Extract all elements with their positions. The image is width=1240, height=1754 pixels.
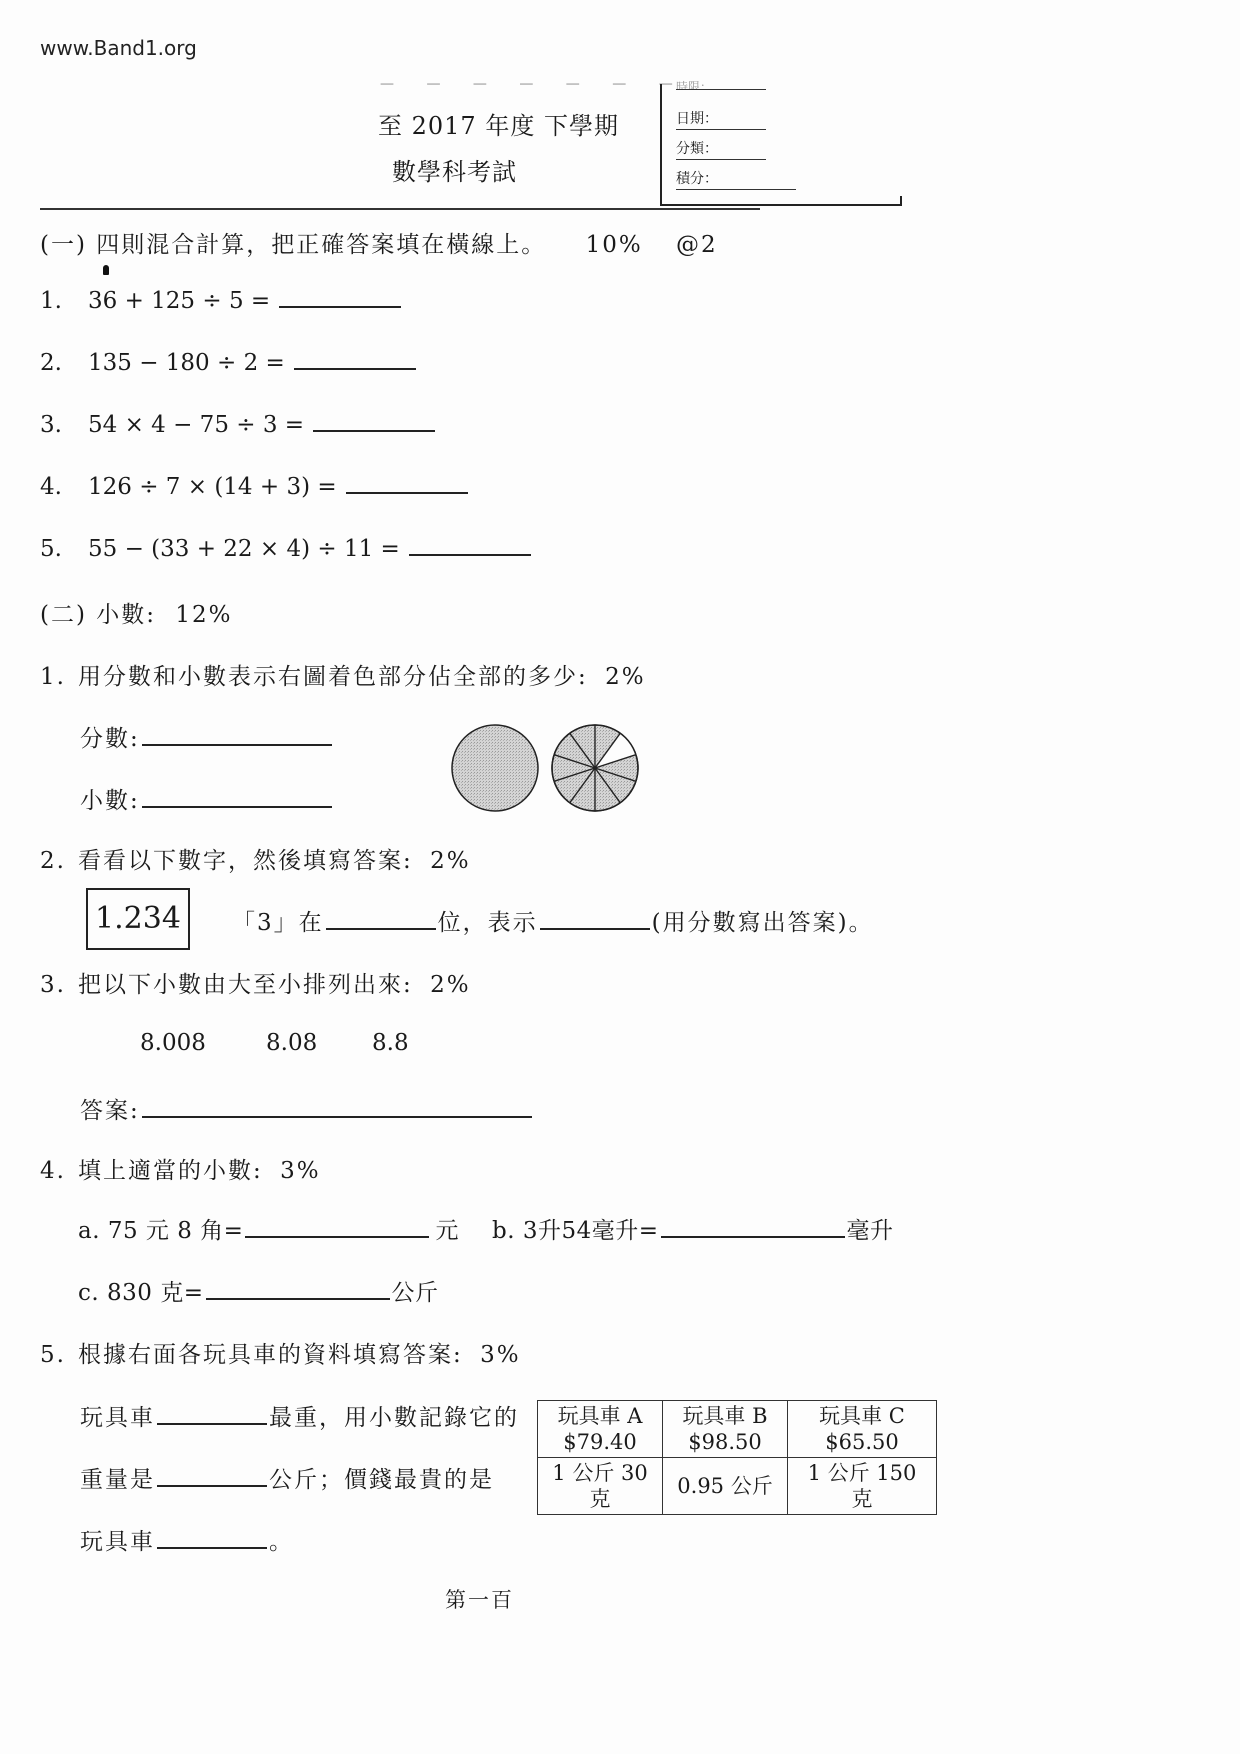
exam-title-term: 至 2017 年度 下學期: [378, 106, 619, 141]
s2-q4-prompt: 4.填上適當的小數: 3%: [40, 1152, 321, 1185]
toy-c-weight: 1 公斤 150 克: [788, 1458, 937, 1515]
toy-c-cell: 玩具車 C$65.50: [788, 1401, 937, 1458]
s1-question-3: 3.54 × 4 − 75 ÷ 3 =: [40, 412, 437, 438]
q4b-answer-blank[interactable]: [661, 1235, 845, 1238]
info-date-field[interactable]: 日期：: [676, 108, 766, 130]
s2-q3-prompt: 3.把以下小數由大至小排列出來: 2%: [40, 966, 471, 999]
s1-q1-answer-blank[interactable]: [279, 305, 401, 308]
decimal-answer-blank[interactable]: [142, 805, 332, 808]
q4a-answer-blank[interactable]: [245, 1235, 429, 1238]
s1-question-4: 4.126 ÷ 7 × (14 + 3) =: [40, 474, 470, 500]
shaded-circles-figure: [450, 718, 650, 818]
section1-heading: (一) 四則混合計算，把正確答案填在橫線上。 10% @2: [40, 226, 718, 259]
weight-kg-blank[interactable]: [157, 1484, 267, 1487]
s2-q1-decimal-row: 小數:: [80, 782, 334, 815]
s2-q5-line3: 玩具車。: [80, 1523, 294, 1556]
number-box: 1.234: [86, 888, 190, 950]
header-divider: [40, 208, 760, 210]
s2-q3-answer-row: 答案:: [80, 1092, 534, 1125]
s2-q5-prompt: 5.根據右面各玩具車的資料填寫答案: 3%: [40, 1336, 521, 1369]
s2-q1-fraction-row: 分數:: [80, 720, 334, 753]
s1-question-5: 5.55 − (33 + 22 × 4) ÷ 11 =: [40, 536, 533, 562]
info-box: 時限： 日期： 分類： 積分：: [660, 84, 902, 206]
toy-a-weight: 1 公斤 30 克: [538, 1458, 663, 1515]
section1-weight: 10%: [586, 232, 643, 258]
place-value-blank[interactable]: [326, 927, 436, 930]
watermark: www.Band1.org: [40, 36, 197, 60]
decimal-8-008: 8.008: [140, 1030, 206, 1056]
decimal-8-8: 8.8: [372, 1030, 409, 1056]
tenths-circle: [552, 725, 638, 811]
value-fraction-blank[interactable]: [540, 927, 650, 930]
toy-a-cell: 玩具車 A$79.40: [538, 1401, 663, 1458]
s1-q2-answer-blank[interactable]: [294, 367, 416, 370]
ink-mark: [103, 265, 109, 275]
s2-q4-c: c. 830 克=公斤: [78, 1274, 439, 1307]
info-score-field[interactable]: 積分：: [676, 168, 796, 190]
s1-q3-answer-blank[interactable]: [313, 429, 435, 432]
most-expensive-car-blank[interactable]: [157, 1546, 267, 1549]
s2-q4-a: a. 75 元 8 角=元: [78, 1212, 459, 1245]
s1-question-1: 1.36 + 125 ÷ 5 =: [40, 288, 403, 314]
s2-q2-prompt: 2.看看以下數字，然後填寫答案: 2%: [40, 842, 471, 875]
toy-car-table: 玩具車 A$79.40 玩具車 B$98.50 玩具車 C$65.50 1 公斤…: [537, 1400, 937, 1515]
order-answer-blank[interactable]: [142, 1115, 532, 1118]
s1-q5-answer-blank[interactable]: [409, 553, 531, 556]
whole-shaded-circle: [452, 725, 538, 811]
fraction-answer-blank[interactable]: [142, 743, 332, 746]
toy-b-weight: 0.95 公斤: [663, 1458, 788, 1515]
heaviest-car-blank[interactable]: [157, 1422, 267, 1425]
s2-q1-prompt: 1.用分數和小數表示右圖着色部分佔全部的多少: 2%: [40, 658, 646, 691]
section2-heading: (二) 小數: 12%: [40, 596, 232, 629]
s2-q5-line1: 玩具車最重，用小數記錄它的: [80, 1399, 519, 1432]
s1-question-2: 2.135 − 180 ÷ 2 =: [40, 350, 418, 376]
section1-per-item: @2: [676, 232, 718, 258]
q4c-answer-blank[interactable]: [206, 1297, 390, 1300]
table-row-name-price: 玩具車 A$79.40 玩具車 B$98.50 玩具車 C$65.50: [538, 1401, 937, 1458]
exam-title-subject: 數學科考試: [392, 152, 517, 187]
s2-q2-fill-row: 「3」在位，表示(用分數寫出答案)。: [232, 904, 874, 937]
info-box-cap: [900, 196, 902, 204]
title-cut-line: — — — — — — —: [380, 76, 687, 92]
toy-b-cell: 玩具車 B$98.50: [663, 1401, 788, 1458]
table-row-weight: 1 公斤 30 克 0.95 公斤 1 公斤 150 克: [538, 1458, 937, 1515]
s2-q5-line2: 重量是公斤；價錢最貴的是: [80, 1461, 494, 1494]
decimal-8-08: 8.08: [266, 1030, 317, 1056]
page-number: 第一百: [445, 1584, 514, 1614]
info-class-field[interactable]: 分類：: [676, 138, 766, 160]
info-time-field[interactable]: 時限：: [676, 78, 766, 90]
section2-weight: 12%: [175, 602, 232, 628]
s2-q4-b: b. 3升54毫升=毫升: [492, 1212, 894, 1245]
s1-q4-answer-blank[interactable]: [346, 491, 468, 494]
